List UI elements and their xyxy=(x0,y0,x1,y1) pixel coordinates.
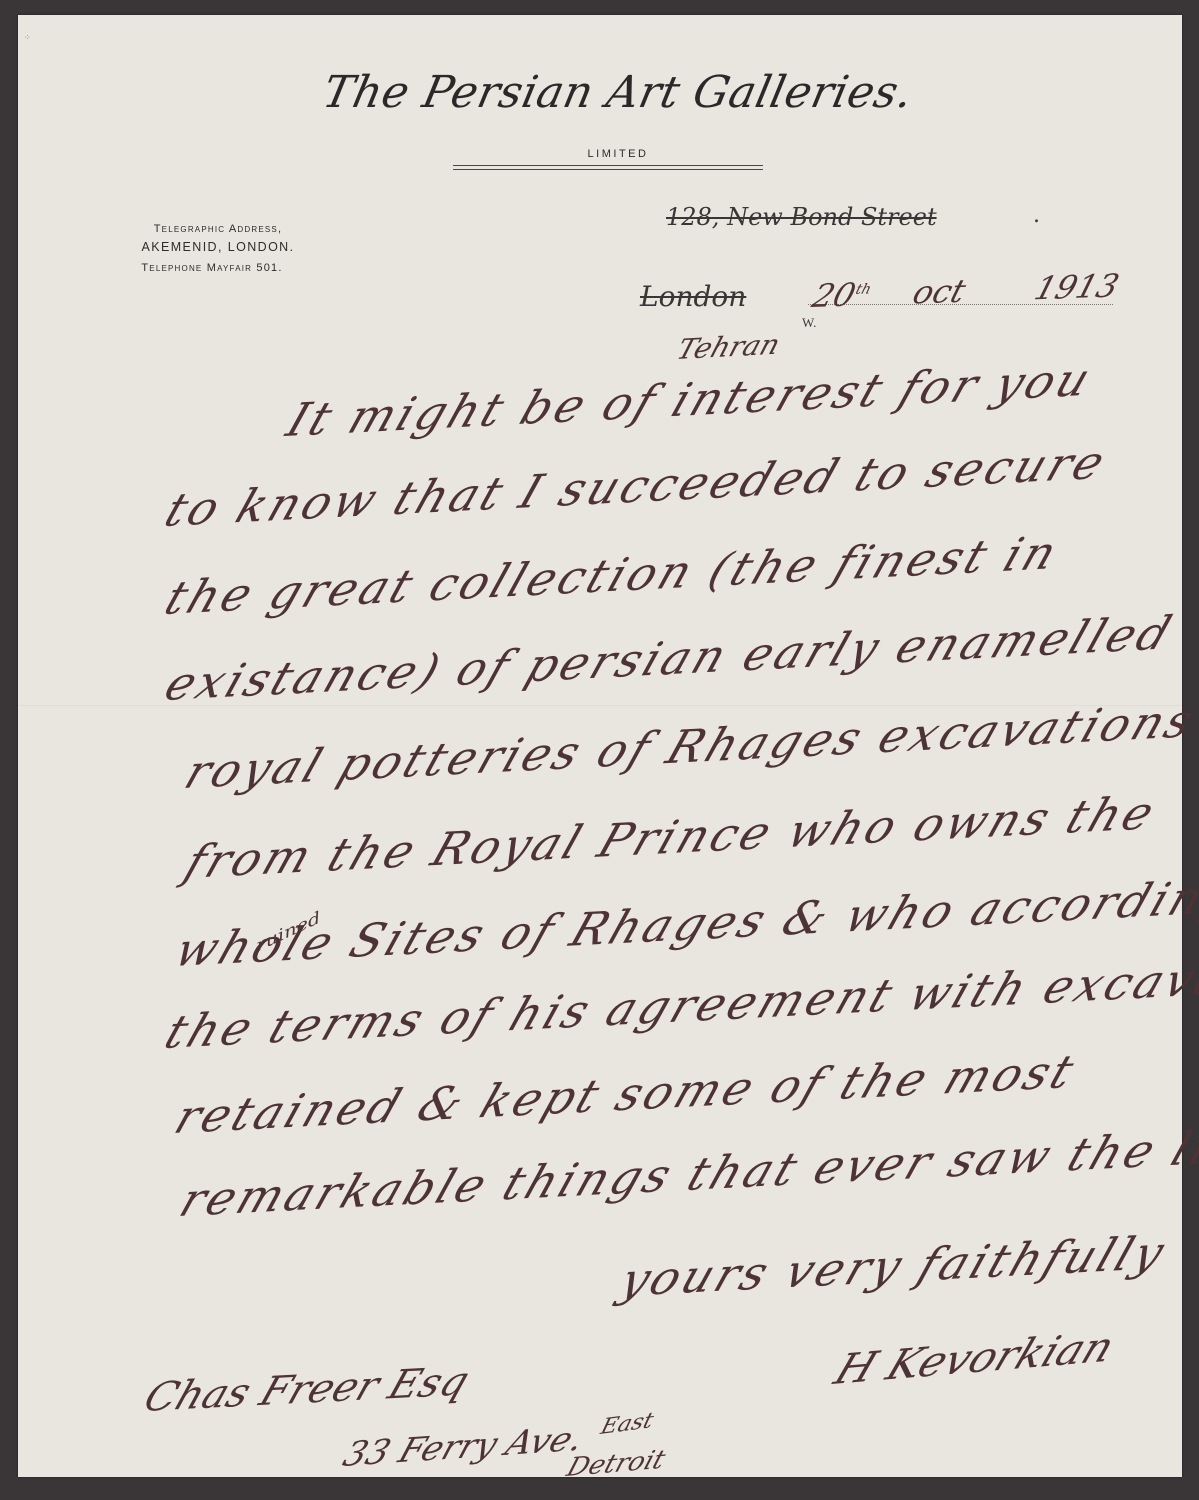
city-struck: London xyxy=(640,280,746,313)
telephone-number: Telephone Mayfair 501. xyxy=(101,256,323,280)
signature: H Kevorkian xyxy=(828,1322,1121,1394)
valediction: yours very faithfully xyxy=(613,1225,1174,1307)
date-day: 20 xyxy=(808,276,860,315)
letterhead-contact-block: Telegraphic Address, AKEMENID, LONDON. T… xyxy=(113,220,323,280)
letterhead-limited: LIMITED xyxy=(538,148,698,160)
place-tehran: Tehran xyxy=(673,328,784,366)
addressee-city-east: East xyxy=(598,1408,656,1440)
body-line-4: existance) of persian early enamelled xyxy=(158,606,1181,711)
letter-page: ⁘ The Persian Art Galleries. LIMITED Tel… xyxy=(18,15,1182,1477)
addressee-street: 33 Ferry Ave. xyxy=(338,1419,589,1475)
body-line-9: retained & kept some of the most xyxy=(168,1044,1084,1144)
street-address-struck: 128, New Bond Street xyxy=(666,203,937,231)
body-line-3: the great collection (the finest in xyxy=(158,525,1067,625)
body-line-2: to know that I succeeded to secure xyxy=(158,435,1115,537)
date-year: 1913 xyxy=(1030,267,1123,308)
telegraphic-label: Telegraphic Address, xyxy=(113,220,323,238)
handwritten-date: 20th oct 1913 xyxy=(808,267,1123,315)
body-line-6: from the Royal Prince who owns the xyxy=(178,785,1164,889)
date-month: oct xyxy=(909,272,971,312)
paper-speck: ⁘ xyxy=(24,33,30,42)
letterhead-company-name: The Persian Art Galleries. xyxy=(303,67,934,118)
body-line-5: royal potteries of Rhages excavations xyxy=(178,693,1199,799)
postal-district: W. xyxy=(802,315,816,331)
body-line-1: It might be of interest for you xyxy=(280,352,1101,447)
addressee-city-detroit: Detroit xyxy=(563,1445,669,1483)
telegraphic-address: AKEMENID, LONDON. xyxy=(113,238,323,256)
letterhead-double-rule xyxy=(453,165,763,170)
date-day-suffix: th xyxy=(854,281,873,298)
street-address-period: . xyxy=(1033,203,1040,228)
addressee-name: Chas Freer Esq xyxy=(138,1359,475,1421)
